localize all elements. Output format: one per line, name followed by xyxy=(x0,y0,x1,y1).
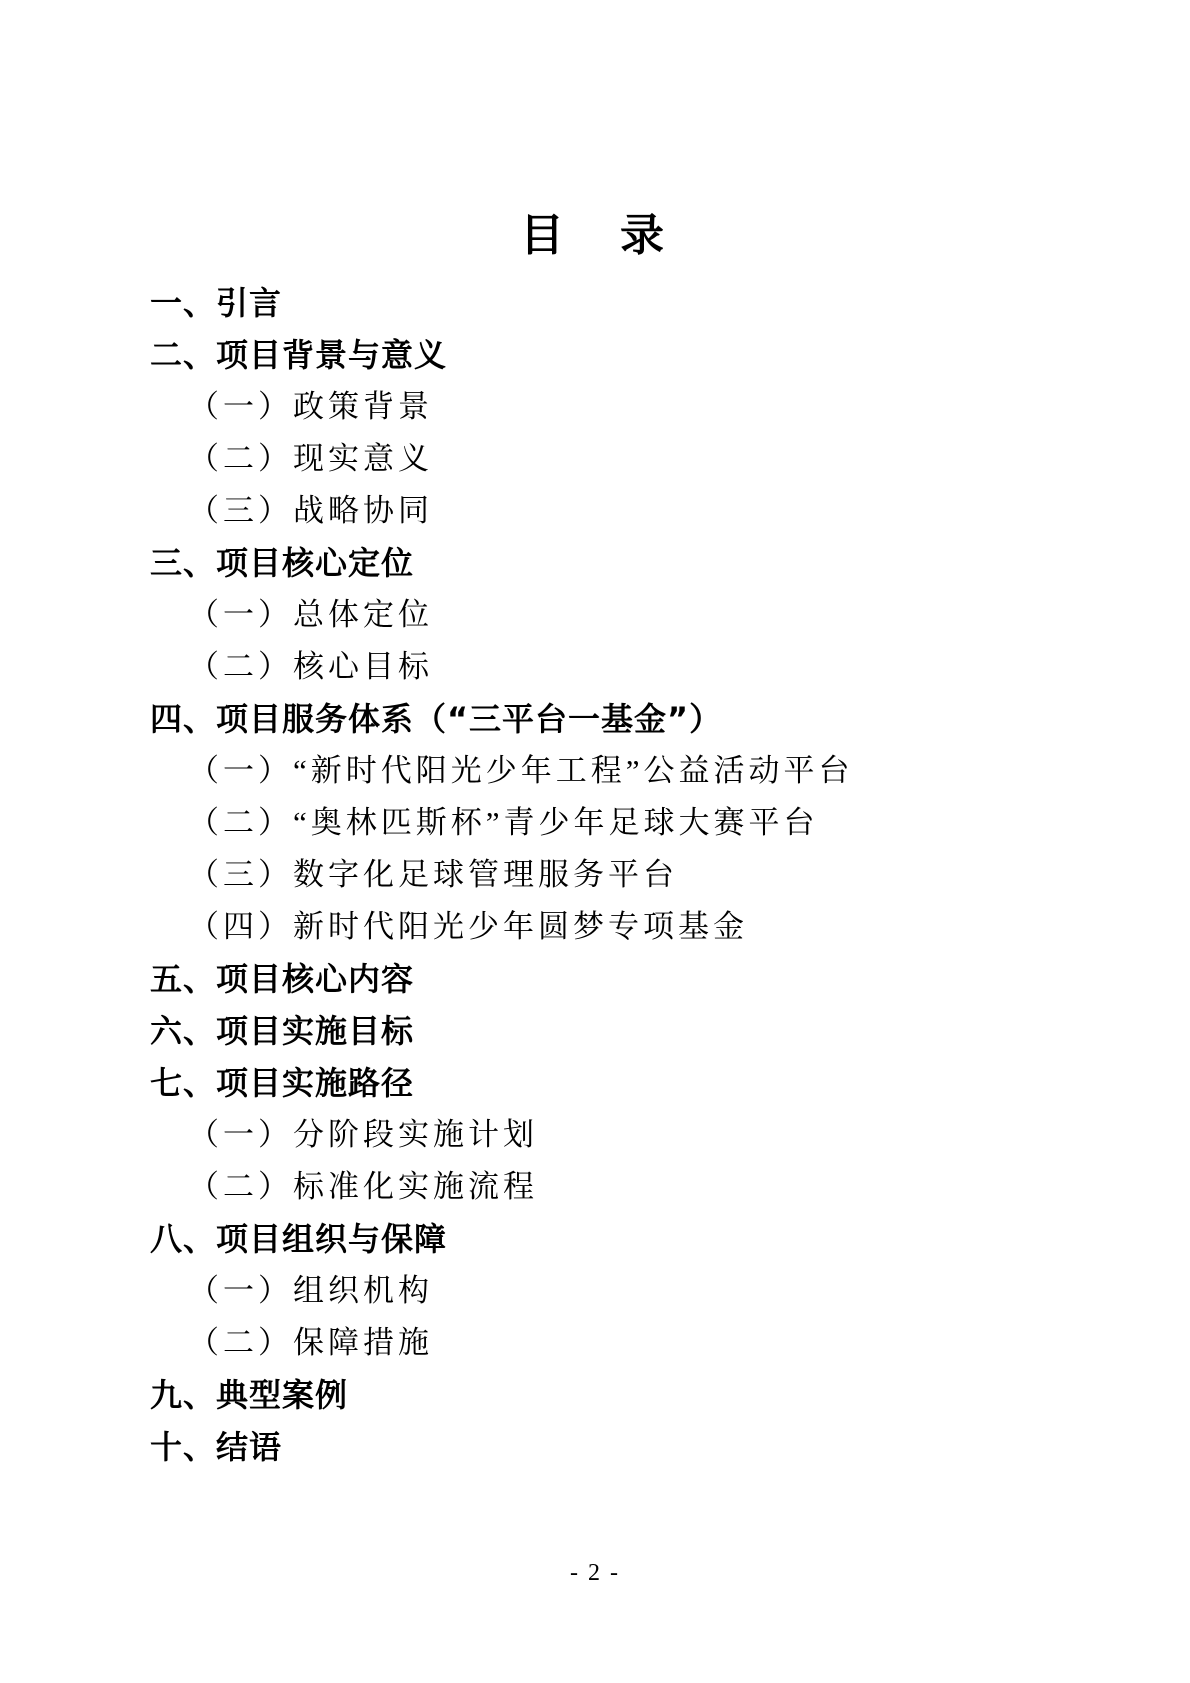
toc-entry: 三、项目核心定位 xyxy=(150,537,1130,589)
toc-entry: 一、引言 xyxy=(150,277,1130,329)
toc-entry: 七、项目实施路径 xyxy=(150,1057,1130,1109)
document-title: 目 录 xyxy=(0,208,1190,264)
toc-entry: （一）组织机构 xyxy=(188,1265,1130,1317)
toc-entry: （二）现实意义 xyxy=(188,433,1130,485)
toc-entry: 十、结语 xyxy=(150,1421,1130,1473)
toc-entry: （四）新时代阳光少年圆梦专项基金 xyxy=(188,901,1130,953)
toc-entry: （二）“奥林匹斯杯”青少年足球大赛平台 xyxy=(188,797,1130,849)
toc-entry: 六、项目实施目标 xyxy=(150,1005,1130,1057)
toc-entry: 八、项目组织与保障 xyxy=(150,1213,1130,1265)
page-number: - 2 - xyxy=(0,1558,1190,1588)
toc-entry: （一）总体定位 xyxy=(188,589,1130,641)
toc-entry: （一）政策背景 xyxy=(188,381,1130,433)
toc-entry: （三）数字化足球管理服务平台 xyxy=(188,849,1130,901)
toc-entry: 四、项目服务体系（“三平台一基金”） xyxy=(150,693,1130,745)
toc-entry: （二）核心目标 xyxy=(188,641,1130,693)
toc-entry: （二）标准化实施流程 xyxy=(188,1161,1130,1213)
document-page: 目 录 一、引言 二、项目背景与意义 （一）政策背景 （二）现实意义 （三）战略… xyxy=(0,0,1190,1683)
toc-entry: （一）“新时代阳光少年工程”公益活动平台 xyxy=(188,745,1130,797)
toc-entry: 九、典型案例 xyxy=(150,1369,1130,1421)
toc-list: 一、引言 二、项目背景与意义 （一）政策背景 （二）现实意义 （三）战略协同 三… xyxy=(150,277,1130,1473)
toc-entry: （三）战略协同 xyxy=(188,485,1130,537)
toc-entry: （二）保障措施 xyxy=(188,1317,1130,1369)
toc-entry: 二、项目背景与意义 xyxy=(150,329,1130,381)
toc-entry: （一）分阶段实施计划 xyxy=(188,1109,1130,1161)
toc-entry: 五、项目核心内容 xyxy=(150,953,1130,1005)
